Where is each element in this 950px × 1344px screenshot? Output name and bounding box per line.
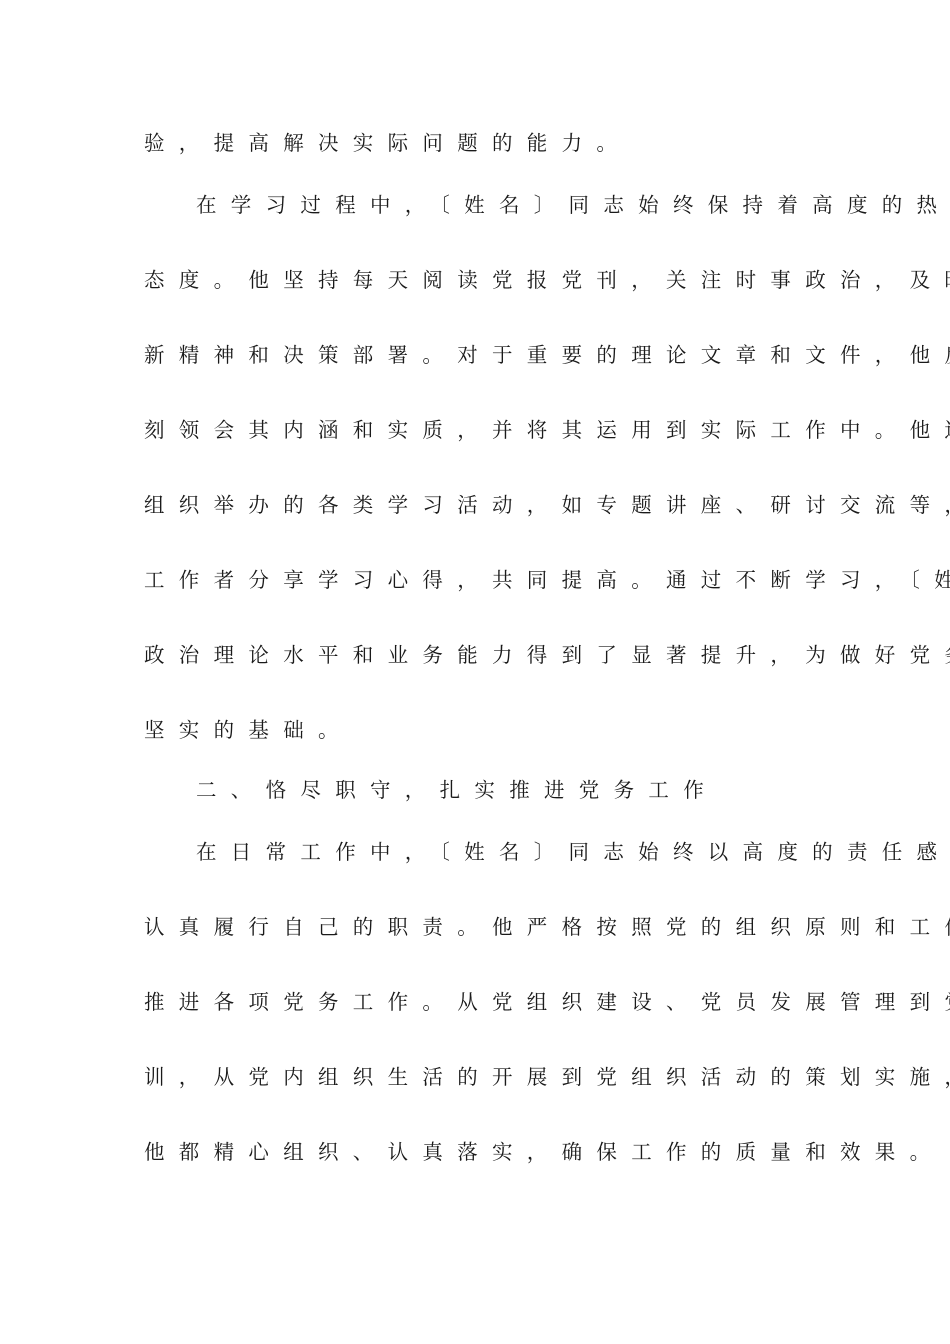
paragraph-line: 训，从党内组织生活的开展到党组织活动的策划实施，每一项工作 [144,1062,824,1092]
section-heading: 二、恪尽职守，扎实推进党务工作 [196,775,876,805]
paragraph-line: 组织举办的各类学习活动，如专题讲座、研讨交流等，与其他党务 [144,490,824,520]
paragraph-line: 政治理论水平和业务能力得到了显著提升，为做好党务工作奠定了 [144,640,824,670]
paragraph-line-continuation: 验，提高解决实际问题的能力。 [144,128,824,158]
paragraph-line: 态度。他坚持每天阅读党报党刊，关注时事政治，及时了解党的最 [144,265,824,295]
paragraph-line: 新精神和决策部署。对于重要的理论文章和文件，他反复研读，深 [144,340,824,370]
paragraph-line-duty-start: 在日常工作中，〔姓名〕同志始终以高度的责任感和使命感， [196,837,876,867]
paragraph-line-study-start: 在学习过程中，〔姓名〕同志始终保持着高度的热情和认真的 [196,190,876,220]
paragraph-line-end: 坚实的基础。 [144,715,824,745]
document-page: 验，提高解决实际问题的能力。 在学习过程中，〔姓名〕同志始终保持着高度的热情和认… [0,0,950,1344]
paragraph-line: 刻领会其内涵和实质，并将其运用到实际工作中。他还积极参加党 [144,415,824,445]
paragraph-line: 工作者分享学习心得，共同提高。通过不断学习，〔姓名〕同志的 [144,565,824,595]
paragraph-line-end: 他都精心组织、认真落实，确保工作的质量和效果。 [144,1137,824,1167]
paragraph-line: 推进各项党务工作。从党组织建设、党员发展管理到党员教育培 [144,987,824,1017]
paragraph-line: 认真履行自己的职责。他严格按照党的组织原则和工作程序，扎实 [144,912,824,942]
